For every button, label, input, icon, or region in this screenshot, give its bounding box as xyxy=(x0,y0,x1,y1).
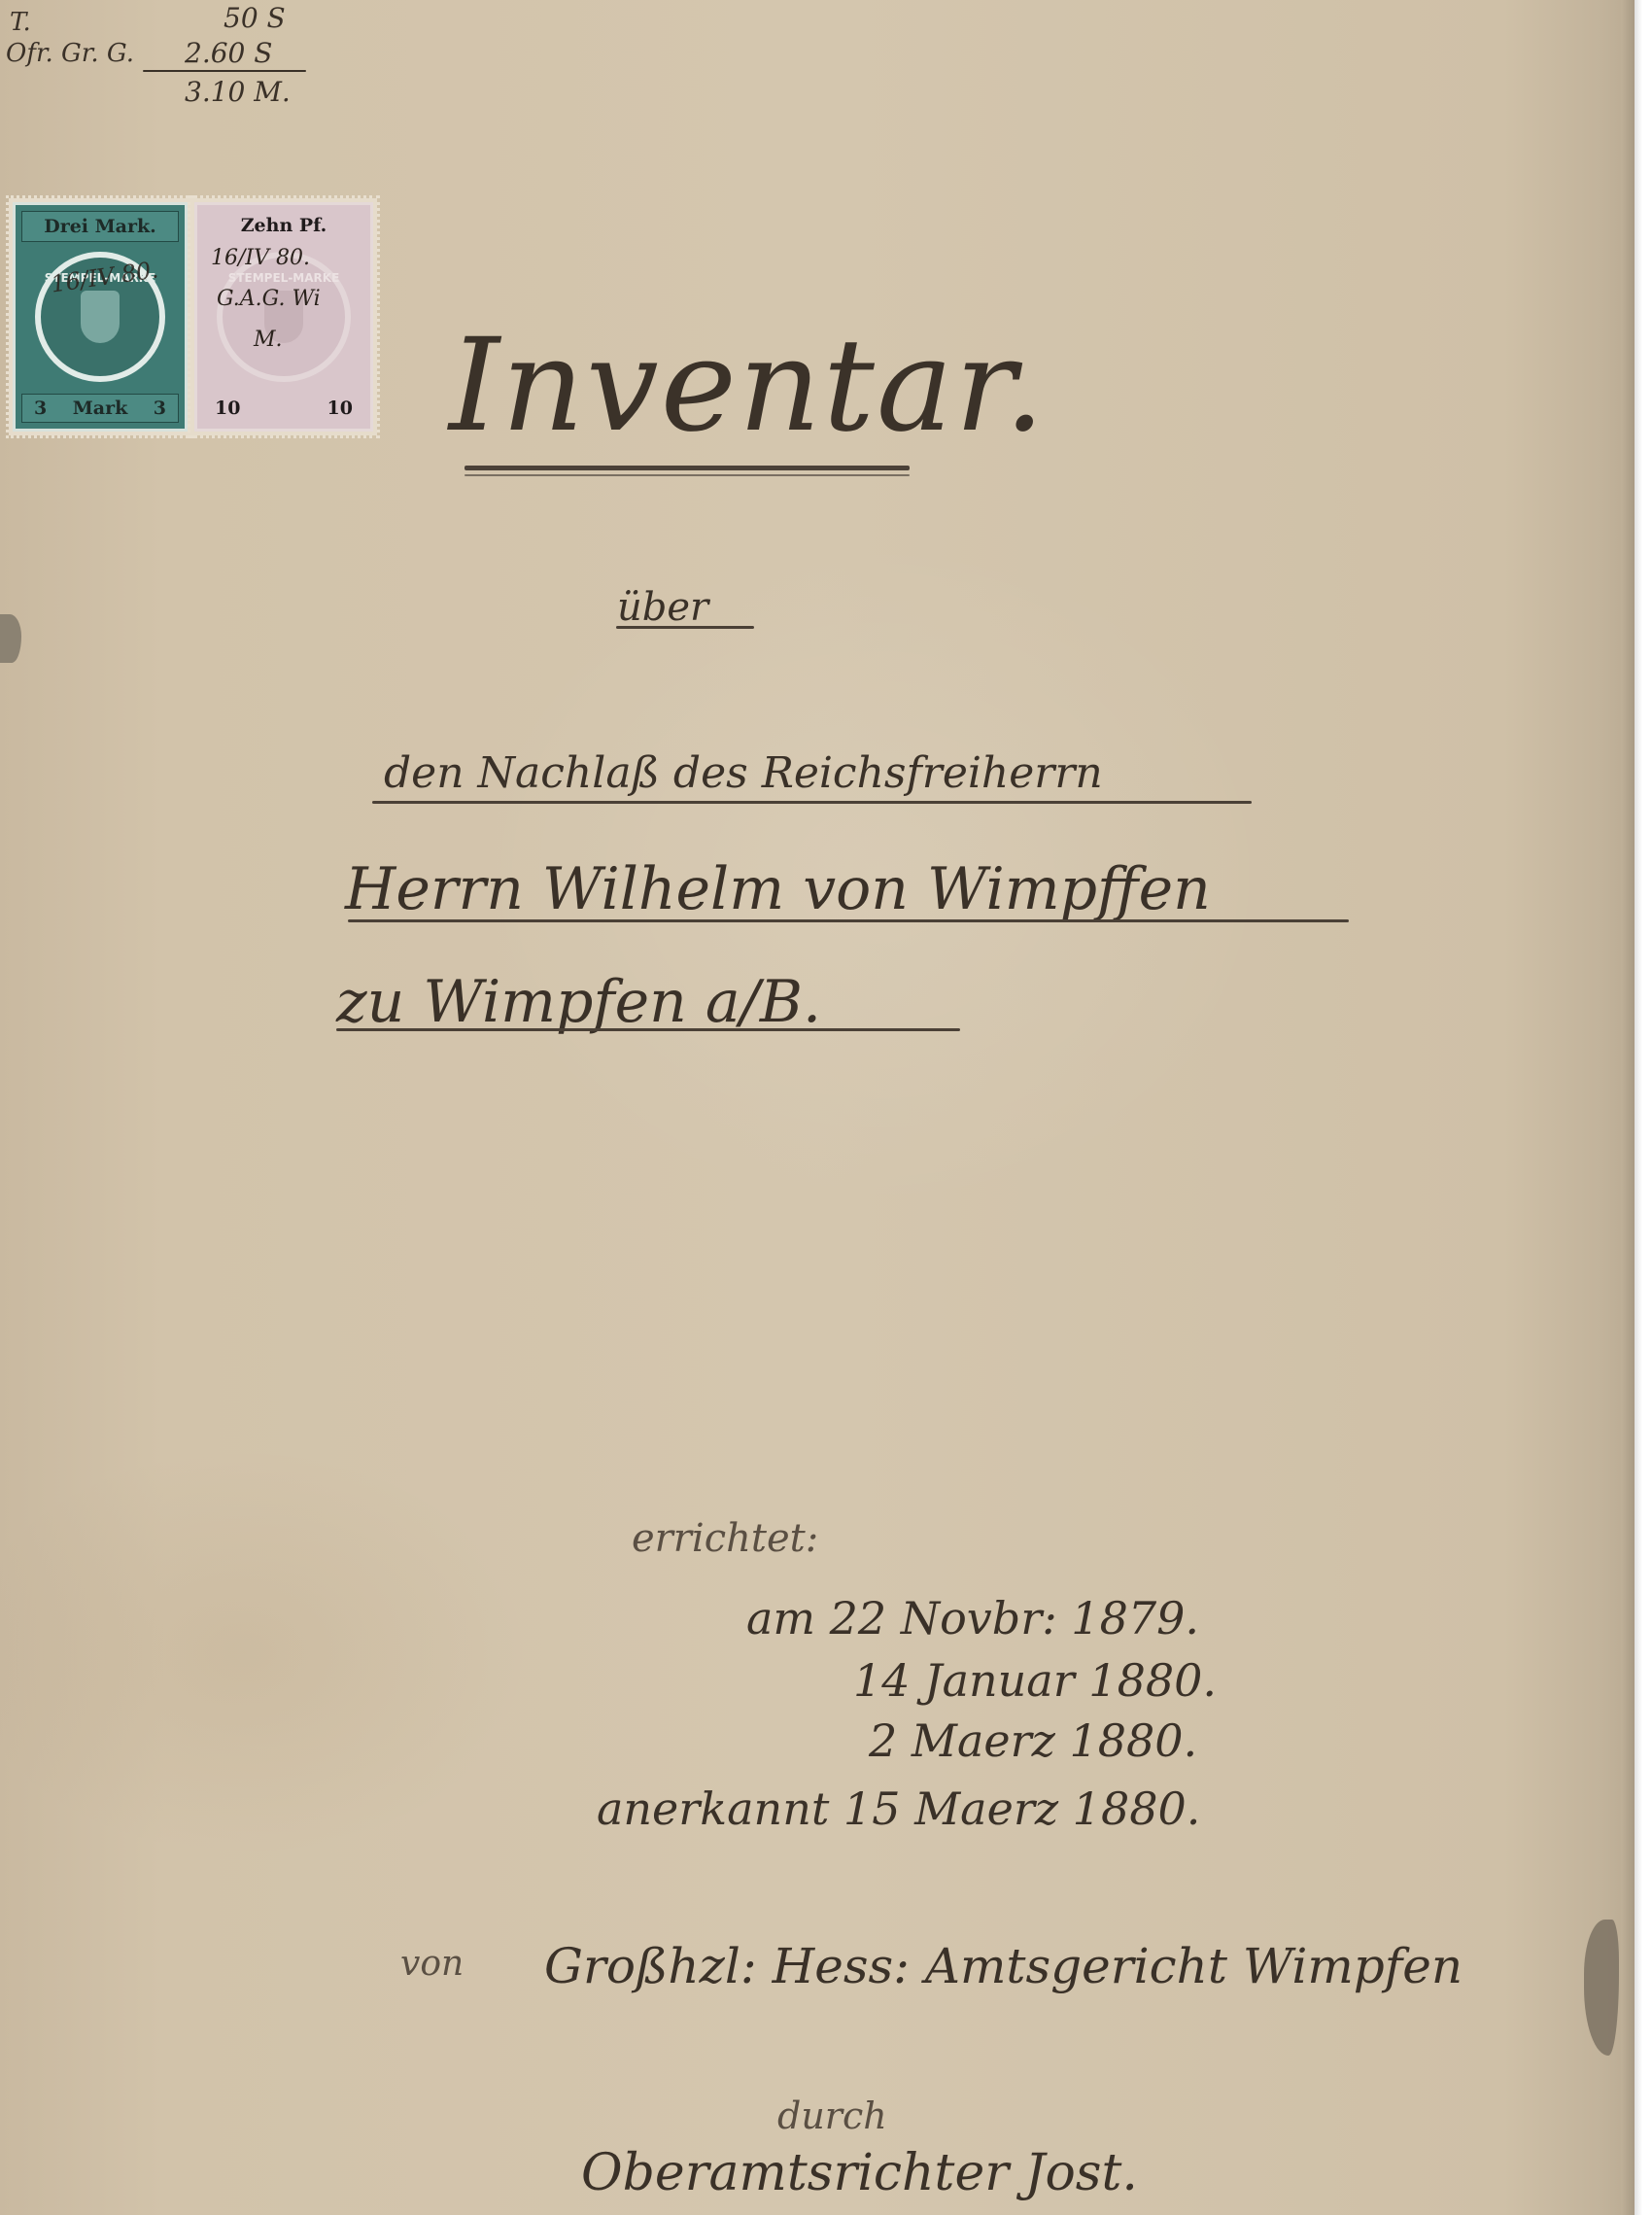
stamp-bottom-band: 10 10 xyxy=(203,394,364,423)
ueber-underline xyxy=(616,626,754,629)
stamp-cancellation-office: G.A.G. Wi xyxy=(217,287,321,311)
subject-line-2: Herrn Wilhelm von Wimpffen xyxy=(345,855,1211,923)
stamp-bottom-right: 10 xyxy=(327,398,353,419)
stamp-seal: STEMPEL-MARKE xyxy=(217,252,351,382)
authority-durch: durch xyxy=(777,2094,887,2137)
paper-damage-right xyxy=(1584,1920,1619,2056)
subject-line-1-underline xyxy=(372,801,1252,804)
stamp-bottom-right: 3 xyxy=(154,398,166,419)
margin-mark: T. xyxy=(10,8,31,37)
title-underline xyxy=(465,466,910,470)
stamp-cancellation-initial: M. xyxy=(254,328,283,352)
date-entry: am 22 Novbr: 1879. xyxy=(746,1592,1199,1644)
margin-calc-line-b: 2.60 S xyxy=(185,37,272,69)
stamp-value-label: Drei Mark. xyxy=(21,211,179,242)
preposition-ueber: über xyxy=(617,585,708,630)
coat-of-arms-icon xyxy=(81,291,120,343)
subject-line-2-underline xyxy=(348,919,1349,922)
stamp-bottom-band: 3 Mark 3 xyxy=(21,394,179,423)
paper-damage-left xyxy=(0,614,21,663)
subject-line-1: den Nachlaß des Reichsfreiherrn xyxy=(384,748,1103,798)
stamp-cancellation-date: 16/IV 80. xyxy=(211,246,310,270)
date-entry-acknowledged: anerkannt 15 Maerz 1880. xyxy=(597,1782,1200,1835)
subject-line-3: zu Wimpfen a/B. xyxy=(336,968,821,1036)
revenue-stamp-drei-mark: Drei Mark. STEMPEL-MARKE 16/IV 80. 3 Mar… xyxy=(13,202,188,432)
margin-calc-sum-line xyxy=(143,70,306,72)
subject-line-3-underline xyxy=(336,1028,960,1031)
paper-right-edge xyxy=(1621,0,1635,2215)
errichtet-label: errichtet: xyxy=(632,1516,818,1561)
stamp-ring-text: STEMPEL-MARKE xyxy=(223,271,345,285)
document-title: Inventar. xyxy=(449,311,1047,461)
stamp-value-label: Zehn Pf. xyxy=(203,211,364,240)
stamp-bottom-left: 3 xyxy=(34,398,47,419)
stamp-bottom-left: 10 xyxy=(215,398,240,419)
margin-calc-total: 3.10 M. xyxy=(185,76,291,108)
date-entry: 14 Januar 1880. xyxy=(853,1654,1217,1707)
date-entry: 2 Maerz 1880. xyxy=(869,1714,1197,1767)
margin-calc-line-a: 50 S xyxy=(224,2,286,34)
document-page: T. Ofr. Gr. G. 50 S 2.60 S 3.10 M. Drei … xyxy=(0,0,1635,2215)
title-underline-thin xyxy=(465,474,910,476)
authority-court: Großhzl: Hess: Amtsgericht Wimpfen xyxy=(544,1938,1463,1994)
paper-edge-shadow xyxy=(1635,0,1642,2215)
authority-von: von xyxy=(400,1944,464,1984)
margin-calc-label: Ofr. Gr. G. xyxy=(6,39,134,68)
authority-official-signature: Oberamtsrichter Jost. xyxy=(581,2144,1138,2202)
revenue-stamp-zehn-pf: Zehn Pf. STEMPEL-MARKE 16/IV 80. G.A.G. … xyxy=(194,202,373,432)
stamp-bottom-center: Mark xyxy=(73,398,128,419)
